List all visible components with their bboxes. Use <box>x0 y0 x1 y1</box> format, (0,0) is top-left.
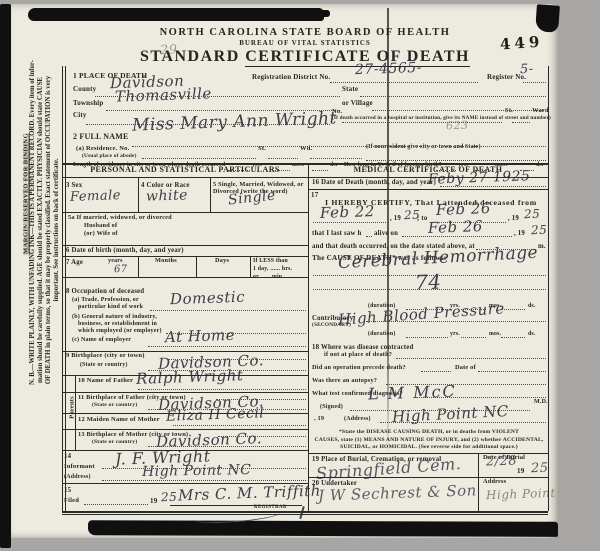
duration-ds-1: ds. <box>528 303 536 309</box>
rule-line-vertical <box>65 66 66 511</box>
filed-year-printed: 19 <box>150 498 157 505</box>
where-contracted-label-2: if not at place of death? <box>324 352 392 359</box>
dotted-line <box>86 124 330 125</box>
hospital-note: (If death occurred in a hospital or inst… <box>332 116 551 121</box>
informant-label: Informant <box>64 464 95 471</box>
rule-line-horizontal <box>308 189 548 190</box>
margin-nb-line: OF DEATH in plain terms, so that it may … <box>45 75 53 385</box>
footnote: *State the DISEASE CAUSING DEATH, or in … <box>310 429 548 452</box>
dotted-line <box>218 436 306 437</box>
age-years-value: 67 <box>114 265 128 275</box>
age-label: 7 Age <box>66 259 83 266</box>
dotted-line <box>272 170 290 171</box>
rule-line-horizontal <box>62 245 308 246</box>
state-label: State <box>342 86 358 93</box>
employer-label: (c) Name of employer <box>72 337 131 343</box>
to-word: ; to <box>417 215 427 222</box>
dotted-line <box>313 275 546 276</box>
wife-of-label: (or) Wife of <box>84 231 118 238</box>
scan-bar-bottom <box>88 520 558 537</box>
occupation-value: Domestic <box>170 290 246 308</box>
margin-nb-line: important. See instructions on back of c… <box>53 75 61 385</box>
married-to-label: 5a If married, widowed, or divorced <box>68 215 172 222</box>
county-label: County <box>73 86 96 93</box>
informant-address-label: (Address) <box>64 474 91 480</box>
dotted-line <box>380 422 546 423</box>
rule-line-vertical <box>250 256 251 277</box>
dotted-line <box>313 222 388 223</box>
occupation-a-label-2: particular kind of work <box>78 304 143 310</box>
occupation-b-label-1: (b) General nature of industry, <box>72 314 157 320</box>
father-name-label: 10 Name of Father <box>78 378 133 385</box>
board-title: NORTH CAROLINA STATE BOARD OF HEALTH <box>115 27 495 38</box>
dotted-line <box>313 289 546 290</box>
certificate-title-part1: STANDARD <box>140 48 245 65</box>
certificate-number-stamp: 449 <box>499 33 543 54</box>
dotted-line <box>148 409 306 410</box>
dotted-line <box>166 333 306 334</box>
occupation-b-label-3: which employed (or employer) <box>78 328 162 334</box>
dotted-line <box>366 321 546 322</box>
dotted-line <box>150 310 306 311</box>
scan-blot-top <box>28 8 324 21</box>
rule-line-vertical <box>548 66 549 511</box>
dotted-line <box>478 371 546 372</box>
rule-line-vertical <box>62 66 63 511</box>
footnote-line: *State the DISEASE CAUSING DEATH, or in … <box>310 429 548 437</box>
duration-label-2: (duration) <box>368 331 395 337</box>
dotted-line <box>421 371 451 372</box>
age-months-label: Months <box>155 258 177 265</box>
attended-to-year: 25 <box>524 208 541 221</box>
age-days-label: Days <box>215 258 229 265</box>
sex-value: Female <box>70 189 121 204</box>
dotted-line <box>476 249 536 250</box>
dotted-line <box>132 146 546 147</box>
burial-year-printed: 19 <box>517 468 524 475</box>
dotted-line <box>138 389 306 390</box>
filed-label: Filed <box>64 498 79 505</box>
physician-signature: L M McC <box>368 383 457 402</box>
filed-year-value: 25 <box>161 491 178 504</box>
dotted-line <box>396 358 546 359</box>
dotted-line <box>148 346 306 347</box>
signed-label: (Signed) <box>320 404 343 410</box>
dotted-line <box>216 399 306 400</box>
birthplace-label: 9 Birthplace (city or town) <box>66 353 145 360</box>
attended-from-date: Feb 22 <box>320 204 375 221</box>
duration-yrs-2: yrs. <box>450 331 460 337</box>
burial-year-value: 25 <box>531 462 549 476</box>
last-saw-year: 25 <box>531 224 548 237</box>
year-19-printed-2: , 19 <box>508 215 519 222</box>
date-of-death-label: 16 Date of Death (month, day, and year) <box>312 179 436 186</box>
rule-line-horizontal <box>62 450 308 451</box>
rule-line-horizontal <box>62 511 548 513</box>
mother-birthplace-state-label: (State or country) <box>92 440 137 446</box>
nonresident-note: (If nonresident give city or town and St… <box>366 144 481 150</box>
dotted-line <box>312 170 328 171</box>
dotted-line <box>142 158 256 159</box>
rule-line-horizontal <box>62 277 308 278</box>
dotted-line <box>148 370 306 371</box>
dotted-line <box>440 186 546 187</box>
less-than-day-label-1: If LESS than <box>253 258 288 264</box>
undertaker-address-label: Address <box>483 479 506 486</box>
less-than-day-label-2: 1 day, ...... hrs. <box>253 266 292 272</box>
scan-blot-corner <box>535 4 560 33</box>
dotted-line <box>406 309 448 310</box>
death-certificate-scan: MARGIN RESERVED FOR BINDING MARGIN RESER… <box>0 0 600 551</box>
burial-date-value: 2/28 <box>486 454 518 468</box>
dotted-line <box>360 96 546 97</box>
occupation-b-label-2: business, or establishment in <box>78 321 157 327</box>
rule-line-horizontal <box>62 514 548 515</box>
dotted-line <box>512 122 530 123</box>
abode-note: (Usual place of abode) <box>82 154 137 160</box>
dotted-line <box>366 160 546 161</box>
dotted-line <box>406 337 448 338</box>
occupation-a-label-1: (a) Trade, Profession, or <box>72 297 139 303</box>
rule-line-horizontal <box>308 453 548 454</box>
dotted-line <box>520 170 534 171</box>
registration-district-label: Registration District No. <box>252 74 330 81</box>
scan-blot-top-2 <box>298 10 330 17</box>
birthplace-state-label: (State or country) <box>80 362 128 368</box>
rule-line-vertical <box>196 256 197 277</box>
rule-line-horizontal <box>62 256 308 257</box>
dotted-line <box>501 337 525 338</box>
dotted-line <box>106 110 340 111</box>
signed-year-label: , 19 <box>314 416 324 423</box>
dotted-line <box>461 309 486 310</box>
residence-wd-label: Wd. <box>300 146 312 153</box>
item-17-number: 17 <box>311 192 318 199</box>
duration-ds-2: ds. <box>528 331 536 337</box>
footnote-line: SUICIDAL, or HOMICIDAL. (See reverse sid… <box>310 444 548 452</box>
occupation-label: 8 Occupation of deceased <box>66 288 144 295</box>
rule-line-horizontal <box>308 477 548 478</box>
dotted-line <box>84 504 148 505</box>
scan-edge-left <box>0 4 11 548</box>
year-19-printed-1: , 19 <box>390 215 401 222</box>
date-of-label: Date of <box>455 365 476 372</box>
alive-on-label: alive on <box>374 230 398 237</box>
city-label: City <box>73 112 87 119</box>
duration-mos-2: mos. <box>489 331 501 337</box>
dotted-line <box>173 425 306 426</box>
father-birthplace-state-label: (State or country) <box>92 403 137 409</box>
dotted-line <box>102 468 306 469</box>
residence-label: (a) Residence. No. <box>76 146 129 153</box>
rule-line-vertical <box>210 177 211 212</box>
rule-line-vertical <box>308 163 309 511</box>
handwritten-page-number: 29 <box>160 44 178 58</box>
dotted-line <box>342 122 502 123</box>
dotted-line <box>350 410 530 411</box>
rule-line-vertical <box>138 256 139 277</box>
md-label: M.D. <box>534 399 548 405</box>
undertaker-address-value: High Point <box>486 487 556 501</box>
rule-line-horizontal <box>62 212 308 213</box>
dotted-line <box>430 222 506 223</box>
rule-line-horizontal <box>62 429 308 430</box>
dotted-line <box>310 158 362 159</box>
dotted-line <box>436 170 456 171</box>
rule-line-horizontal <box>62 413 308 414</box>
dotted-line <box>95 96 340 97</box>
operation-label: Did an operation precede death? <box>312 365 406 372</box>
rule-line-horizontal <box>62 163 548 165</box>
mother-name-label: 12 Maiden Name of Mother <box>78 417 160 424</box>
dotted-line <box>228 170 250 171</box>
rule-line-vertical <box>478 453 479 511</box>
register-no-value: 5- <box>520 63 534 76</box>
rule-line-horizontal <box>62 392 308 393</box>
sex-label: 3 Sex <box>66 182 82 189</box>
last-saw-label: that I last saw h <box>312 230 361 237</box>
margin-nb-note: N. B.—WRITE PLAINLY, WITH UNFADING INK—T… <box>29 75 61 385</box>
rule-line-horizontal <box>62 351 308 352</box>
rule-line-horizontal <box>62 177 548 178</box>
physician-address-label: (Address) <box>344 416 371 422</box>
dotted-line <box>102 480 306 481</box>
dotted-line <box>366 236 372 237</box>
dotted-line <box>461 337 486 338</box>
rule-line-horizontal <box>170 505 302 506</box>
dotted-line <box>330 82 478 83</box>
dotted-line <box>148 446 306 447</box>
year-19-printed-3: , 19 <box>514 230 525 237</box>
husband-of-label: Husband of <box>84 223 117 230</box>
footnote-line: CAUSES, state (1) MEANS AND NATURE OF IN… <box>310 437 548 445</box>
date-of-birth-label: 6 Date of birth (month, day, and year) <box>66 247 184 254</box>
residence-st-label: St. <box>258 146 266 153</box>
registration-district-value: 27-4565- <box>355 61 422 77</box>
margin-nb-line: N. B.—WRITE PLAINLY, WITH UNFADING INK—T… <box>29 75 37 385</box>
informant-address-value: High Point NC <box>142 463 252 479</box>
rule-line-horizontal <box>62 483 308 484</box>
full-name-label: 2 FULL NAME <box>73 133 129 141</box>
village-label: or Village <box>342 100 373 107</box>
dotted-line <box>414 397 546 398</box>
dotted-line <box>372 110 546 111</box>
dotted-line <box>402 236 512 237</box>
attended-to-date: Feb 26 <box>436 201 491 218</box>
township-label: Township <box>73 100 104 107</box>
rule-line-horizontal <box>62 375 308 376</box>
date-of-death-value: Feby 27 1925 <box>428 169 531 187</box>
m-label: m. <box>538 243 546 250</box>
dotted-line <box>386 384 546 385</box>
rule-line-vertical <box>138 177 139 212</box>
dotted-line <box>523 82 546 83</box>
dotted-line <box>268 158 298 159</box>
dotted-line <box>501 309 525 310</box>
dotted-line <box>475 170 493 171</box>
race-value: white <box>146 188 188 203</box>
employer-value: At Home <box>165 328 236 345</box>
margin-nb-line: mation should be carefully supplied. AGE… <box>37 75 45 385</box>
dotted-line <box>168 359 306 360</box>
